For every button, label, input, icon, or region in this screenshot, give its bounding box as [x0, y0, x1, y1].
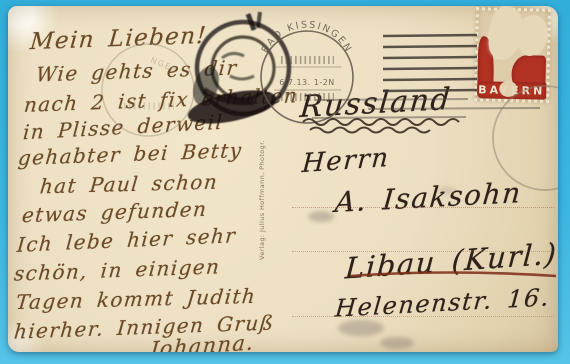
message-line: Mein Lieben!	[29, 23, 208, 55]
postage-stamp: BAYERN	[475, 8, 550, 102]
message-line: gehabter bei Betty	[17, 138, 244, 170]
address-city: Libau (Kurl.)	[344, 236, 558, 285]
pencil-smudge	[438, 186, 456, 195]
message-line: etwas gefunden	[21, 197, 208, 228]
message-line: hat Paul schon	[39, 170, 219, 199]
pencil-smudge	[308, 211, 334, 222]
address-ruled-line	[292, 207, 554, 208]
message-line: Ich lebe hier sehr	[16, 223, 237, 257]
address-salutation: Herrn	[301, 143, 391, 179]
pencil-smudge	[338, 320, 384, 336]
stamp-cancel-circle	[493, 86, 558, 190]
address-name: A. Isaksohn	[334, 176, 524, 219]
message-line: nach 2 ist fix erhalten	[23, 83, 299, 117]
publisher-imprint: Verlag: Julius Hoffmann, Photogr.	[258, 140, 266, 260]
address-ruled-line	[292, 251, 554, 252]
postmark-town-text: BAD KISSINGEN	[260, 20, 355, 56]
svg-text:BAD KISSINGEN: BAD KISSINGEN	[260, 20, 355, 56]
postcard: Mein Lieben! Wie gehts es dir nach 2 ist…	[8, 6, 558, 352]
message-line: Wie gehts es dir	[35, 55, 239, 86]
address-ruled-line	[292, 316, 554, 317]
pencil-smudge	[380, 337, 414, 349]
message-line: Tagen kommt Judith	[15, 284, 258, 314]
message-line: schön, in einigen	[13, 254, 221, 285]
postcard-scan: Mein Lieben! Wie gehts es dir nach 2 ist…	[0, 0, 570, 364]
address-country: Russland	[299, 82, 453, 125]
